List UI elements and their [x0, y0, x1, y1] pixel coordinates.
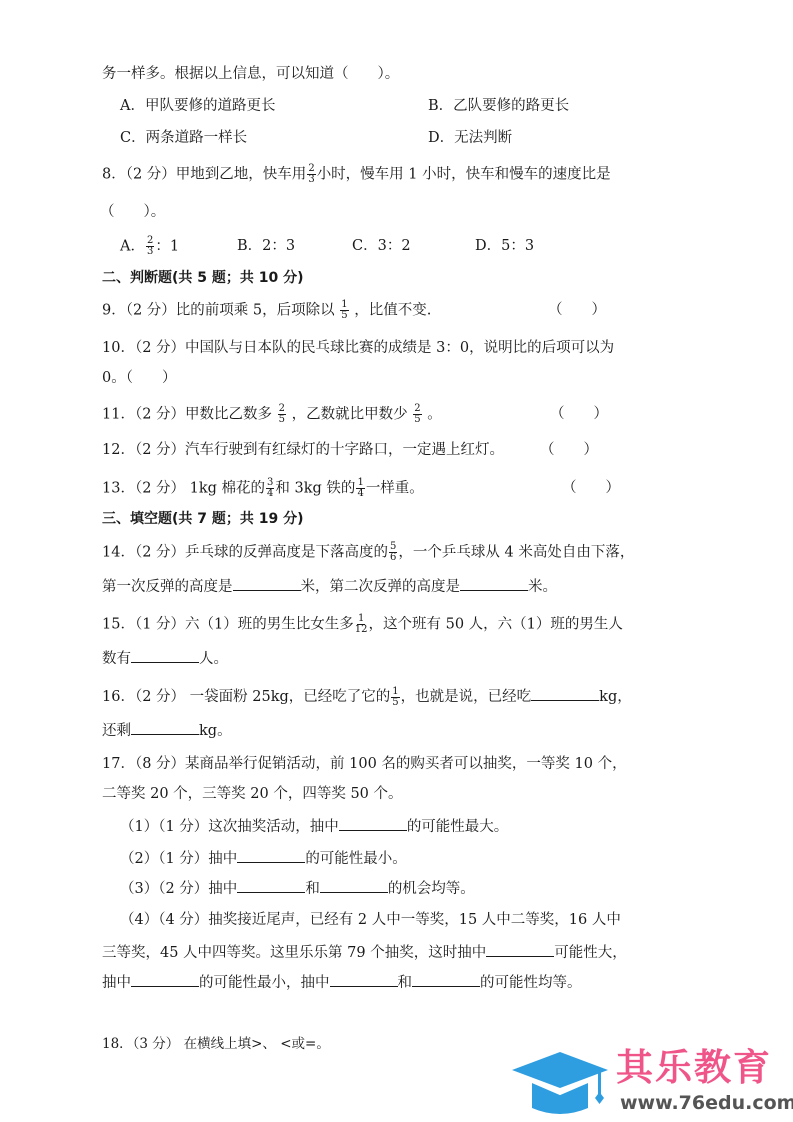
q8-line1: 8．（2 分）甲地到乙地，快车用23小时，慢车用 1 小时，快车和慢车的速度比是 [102, 164, 611, 185]
graduation-cap-icon [508, 1046, 612, 1118]
q7-option-b: B．乙队要修的路更长 [428, 96, 569, 116]
q17-line2: 二等奖 20 个，三等奖 20 个，四等奖 50 个。 [102, 784, 403, 804]
q8-line2: （ ）。 [100, 202, 165, 222]
q14-line1: 14．（2 分）乒乓球的反弹高度是下落高度的56，一个乒乓球从 4 米高处自由下… [102, 542, 634, 563]
answer-blank[interactable] [486, 942, 554, 957]
q8-option-c: C．3：2 [352, 236, 411, 256]
q17-sub4-line3: 抽中的可能性最小，抽中和的可能性均等。 [102, 972, 582, 993]
q14-line2: 第一次反弹的高度是米，第二次反弹的高度是米。 [102, 576, 557, 597]
q10-line2: 0。（ ） [102, 368, 176, 388]
q15-line1: 15．（1 分）六（1）班的男生比女生多112，这个班有 50 人，六（1）班的… [102, 614, 623, 635]
q8-option-b: B．2：3 [237, 236, 295, 256]
answer-blank[interactable] [320, 878, 388, 893]
section-title-fill-in: 三、填空题(共 7 题；共 19 分) [102, 509, 304, 529]
fraction: 15 [340, 300, 348, 321]
q7-option-a: A．甲队要修的道路更长 [120, 96, 275, 116]
q11: 11．（2 分）甲数比乙数多 25 ，乙数就比甲数少 25 。 [102, 404, 442, 425]
fraction: 34 [266, 478, 274, 499]
brand-name: 其乐教育 [616, 1046, 772, 1090]
q12-answer-paren: （ ） [540, 440, 598, 460]
answer-blank[interactable] [131, 648, 199, 663]
q16-line1: 16．（2 分） 一袋面粉 25kg，已经吃了它的15，也就是说，已经吃kg， [102, 686, 632, 708]
q8-post: 小时，慢车用 1 小时，快车和慢车的速度比是 [317, 167, 611, 183]
fraction: 25 [278, 404, 286, 425]
q9-answer-paren: （ ） [548, 300, 606, 320]
q17-sub2: （2）（1 分）抽中的可能性最小。 [120, 848, 407, 869]
q12: 12．（2 分）汽车行驶到有红绿灯的十字路口，一定遇上红灯。 [102, 440, 504, 460]
q18: 18．（3 分） 在横线上填>、 <或=。 [102, 1034, 330, 1054]
brand-logo: 其乐教育 www.76edu.com [508, 1046, 790, 1118]
q7-option-c: C．两条道路一样长 [120, 128, 247, 148]
answer-blank[interactable] [412, 972, 480, 987]
q9: 9．（2 分）比的前项乘 5，后项除以 15 ，比值不变. [102, 300, 431, 321]
q7-tail: 务一样多。根据以上信息，可以知道（ ）。 [102, 64, 399, 84]
q17-sub3: （3）（2 分）抽中和的机会均等。 [120, 878, 475, 899]
answer-blank[interactable] [531, 686, 599, 701]
q10-line1: 10．（2 分）中国队与日本队的民乓球比赛的成绩是 3：0，说明比的后项可以为 [102, 338, 614, 358]
answer-blank[interactable] [237, 878, 305, 893]
fraction: 23 [146, 236, 154, 257]
q16-line2: 还剩kg。 [102, 720, 232, 741]
answer-blank[interactable] [131, 720, 199, 735]
section-title-judgment: 二、判断题(共 5 题；共 10 分) [102, 268, 304, 288]
q17-sub4-line2: 三等奖，45 人中四等奖。这里乐乐第 79 个抽奖，这时抽中可能性大， [102, 942, 627, 963]
answer-blank[interactable] [131, 972, 199, 987]
answer-blank[interactable] [233, 576, 301, 591]
fraction: 56 [389, 542, 397, 563]
q17-line1: 17．（8 分）某商品举行促销活动，前 100 名的购买者可以抽奖，一等奖 10… [102, 754, 627, 774]
q8-option-d: D．5：3 [475, 236, 534, 256]
q11-answer-paren: （ ） [550, 404, 608, 424]
q13: 13．（2 分） 1kg 棉花的34和 3kg 铁的14一样重。 [102, 478, 424, 499]
answer-blank[interactable] [237, 848, 305, 863]
fraction: 112 [355, 614, 368, 635]
q8-pre: 8．（2 分）甲地到乙地，快车用 [102, 167, 306, 183]
q8-option-a: A．23：1 [120, 236, 179, 257]
answer-blank[interactable] [460, 576, 528, 591]
answer-blank[interactable] [330, 972, 398, 987]
fraction: 23 [307, 164, 315, 185]
q17-sub1: （1）（1 分）这次抽奖活动，抽中的可能性最大。 [120, 816, 508, 837]
q17-sub4-line1: （4）（4 分）抽奖接近尾声，已经有 2 人中一等奖，15 人中二等奖，16 人… [120, 910, 621, 930]
answer-blank[interactable] [339, 816, 407, 831]
q15-line2: 数有人。 [102, 648, 228, 669]
brand-url: www.76edu.com [620, 1092, 793, 1114]
q7-option-d: D．无法判断 [428, 128, 512, 148]
fraction: 14 [356, 478, 364, 499]
q13-answer-paren: （ ） [562, 478, 620, 498]
fraction: 15 [391, 687, 399, 708]
fraction: 25 [413, 404, 421, 425]
